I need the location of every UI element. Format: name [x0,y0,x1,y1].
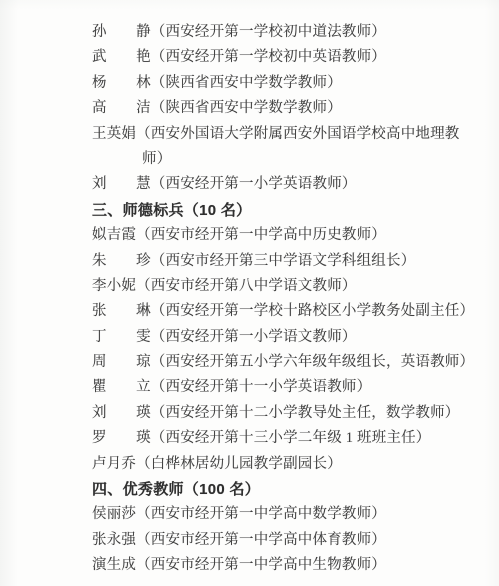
teacher-entry: 侯丽莎（西安市经开第一中学高中数学教师） [92,502,489,527]
section-heading-youxiu-jiaoshi: 四、优秀教师（100 名） [92,477,489,502]
award-list: 孙 静（西安经开第一学校初中道法教师） 武 艳（西安经开第一学校初中英语教师） … [92,20,489,579]
teacher-entry: 王英娟（西安外国语大学附属西安外国语学校高中地理教 [92,122,489,147]
teacher-entry: 瞿 立（西安经开第十一小学英语教师） [92,375,489,400]
teacher-entry: 刘 瑛（西安经开第十二小学教导处主任，数学教师） [92,401,489,426]
teacher-entry: 周 琼（西安经开第五小学六年级年级组长，英语教师） [92,350,489,375]
teacher-entry: 高 洁（陕西省西安中学数学教师） [92,96,489,121]
teacher-entry: 张永强（西安市经开第一中学高中体育教师） [92,528,489,553]
teacher-entry: 演生成（西安市经开第一中学高中生物教师） [92,553,489,578]
teacher-entry-continuation: 师） [92,147,489,172]
teacher-entry: 姒吉霞（西安市经开第一中学高中历史教师） [92,223,489,248]
teacher-entry: 李小妮（西安市经开第八中学语文教师） [92,274,489,299]
teacher-entry: 刘 慧（西安经开第一小学英语教师） [92,172,489,197]
section-heading-shide-biaobing: 三、师德标兵（10 名） [92,198,489,223]
teacher-entry: 丁 雯（西安经开第一小学语文教师） [92,325,489,350]
document-page: 孙 静（西安经开第一学校初中道法教师） 武 艳（西安经开第一学校初中英语教师） … [0,0,499,586]
teacher-entry: 武 艳（西安经开第一学校初中英语教师） [92,45,489,70]
teacher-entry: 杨 林（陕西省西安中学数学教师） [92,71,489,96]
teacher-entry: 孙 静（西安经开第一学校初中道法教师） [92,20,489,45]
teacher-entry: 卢月乔（白桦林居幼儿园教学副园长） [92,452,489,477]
teacher-entry: 朱 珍（西安市经开第三中学语文学科组组长） [92,249,489,274]
teacher-entry: 张 琳（西安经开第一学校十路校区小学教务处副主任） [92,299,489,324]
teacher-entry: 罗 瑛（西安经开第十三小学二年级 1 班班主任） [92,426,489,451]
